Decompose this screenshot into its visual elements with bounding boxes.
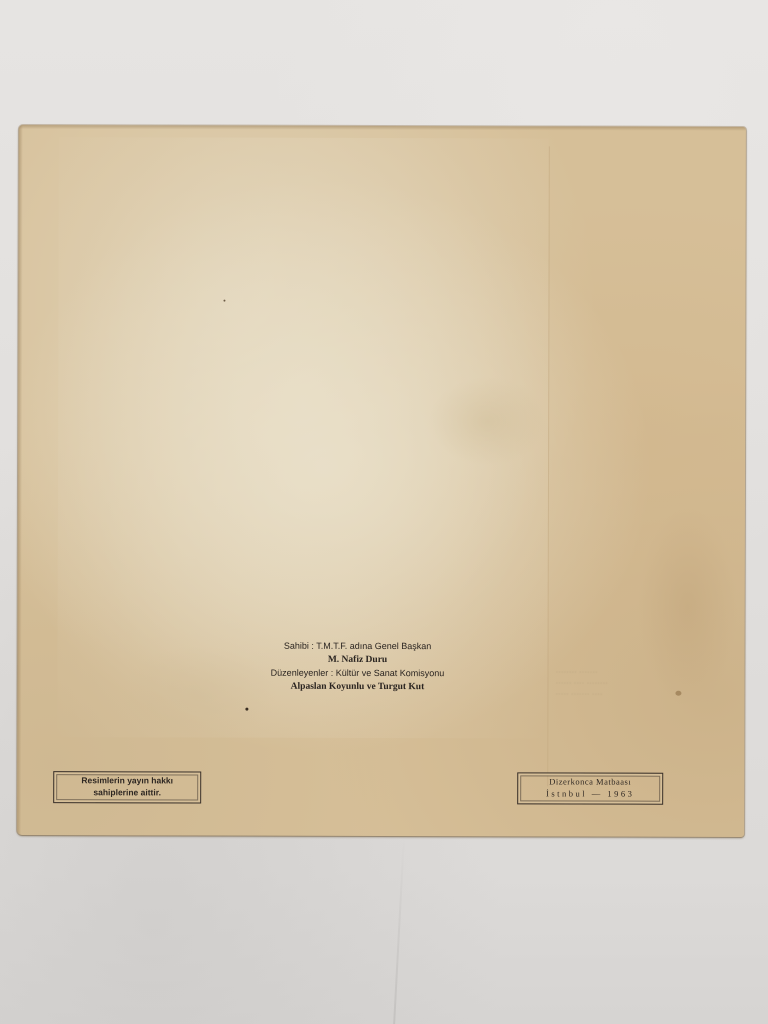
printer-place-year: İstnbul — 1963 [522,787,658,799]
rights-line-2: sahiplerine aittir. [58,786,196,798]
bleed-through-text: ········ ······· ······ ···· ········ ··… [555,666,695,699]
owner-line: Sahibi : T.M.T.F. adına Genel Başkan [228,640,488,654]
bleed-through-line: ········ ······· [555,666,695,677]
editors-text: Kültür ve Sanat Komisyonu [336,668,445,678]
owner-label: Sahibi : [284,641,314,651]
owner-text: T.M.T.F. adına Genel Başkan [316,641,431,651]
editors-label: Düzenleyenler : [271,668,334,678]
owner-name: M. Nafiz Duru [228,653,488,667]
booklet-back-cover: Sahibi : T.M.T.F. adına Genel Başkan M. … [17,125,746,837]
ink-speck [245,708,248,711]
publication-imprint: Sahibi : T.M.T.F. adına Genel Başkan M. … [227,640,487,695]
paper-stain [428,376,548,466]
editors-names: Alpaslan Koyunlu ve Turgut Kut [227,680,487,694]
printer-name: Dizerkonca Matbaası [522,775,658,787]
bleed-through-line: ······ ···· ········ [555,677,695,688]
ink-speck [223,300,225,302]
rights-line-1: Resimlerin yayın hakkı [58,774,196,786]
printer-notice: Dizerkonca Matbaası İstnbul — 1963 [517,772,663,804]
bleed-through-line: ····· ······· ···· [555,688,695,699]
editors-line: Düzenleyenler : Kültür ve Sanat Komisyon… [227,667,487,681]
image-rights-notice: Resimlerin yayın hakkı sahiplerine aitti… [53,771,201,803]
